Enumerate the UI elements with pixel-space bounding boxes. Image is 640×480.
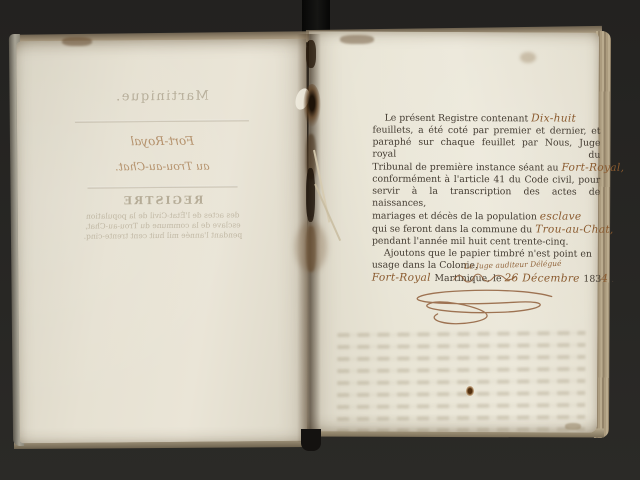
ink-spot [466,386,474,396]
printed-text: feuillets, a été coté par premier et der… [373,125,601,137]
ghost-writing-line [337,391,585,397]
text-line: Le présent Registre contenant Dix-huit [373,112,601,126]
bleedthrough-title: Martinique. [17,88,307,106]
ghost-writing-line [337,367,585,373]
bleedthrough-rule [75,119,249,123]
text-line: Tribunal de première instance séant au F… [372,161,600,175]
right-page: Le présent Registre contenant Dix-huitfe… [307,31,599,433]
printed-text: servir à la transcription des actes de n… [372,186,600,209]
bleedthrough-rule [88,185,238,188]
edge-stain [520,52,536,63]
ghost-writing-line [337,403,585,409]
binding-knot-stain [303,84,321,132]
printed-text: qui se feront dans la commune du [372,224,535,236]
ghost-writing-line [337,415,585,421]
bleedthrough-layer: Martinique. Fort-Royal au Trou-au-Chat. … [16,39,309,444]
printed-text: mariages et décès de la population [372,211,540,223]
bleedthrough-script-line: Fort-Royal [17,133,307,150]
handwritten-text: Fort-Royal, [561,162,624,174]
handwritten-text: Trou-au-Chat, [535,223,613,235]
handwritten-text: esclave [540,210,582,222]
handwritten-text: Dix-huit [531,112,576,124]
text-line: mariages et décès de la population escla… [372,210,600,224]
signature-flourish [395,270,575,333]
bleedthrough-script-line: au Trou-au-Chat. [17,159,307,175]
printed-text: 183 [583,274,601,285]
bleedthrough-body-line: pendant l'année mil huit cent trente-cin… [18,230,308,242]
left-page: Martinique. Fort-Royal au Trou-au-Chat. … [16,39,309,444]
text-line: qui se feront dans la commune du Trou-au… [372,223,600,237]
ghost-writing-line [337,355,585,361]
gutter-stain [306,168,315,222]
text-line: servir à la transcription des actes de n… [372,186,600,211]
printed-text: pendant l'année mil huit cent trente-cin… [372,236,569,248]
gutter-stain [306,40,316,68]
text-line: paraphé sur chaque feuillet par Nous, Ju… [372,137,600,162]
printed-text: Tribunal de première instance séant au [372,162,561,174]
bleedthrough-heading: REGISTRE [18,193,308,209]
gutter-gap-bottom [301,429,321,451]
gutter-smudge [306,226,316,272]
scanned-register-spread: Martinique. Fort-Royal au Trou-au-Chat. … [0,0,640,480]
ghost-writing-line [337,331,585,337]
ghost-writing-line [337,379,585,385]
printed-text: conformément à l'article 41 du Code civi… [372,174,600,186]
corner-smudge [565,423,581,430]
ghost-writing-line [337,343,585,349]
printed-text: paraphé sur chaque feuillet par Nous, Ju… [372,137,600,161]
printed-text: Le présent Registre contenant [385,113,532,125]
edge-stain [340,35,374,44]
edge-stain [62,37,92,46]
printed-text: . [608,274,614,285]
